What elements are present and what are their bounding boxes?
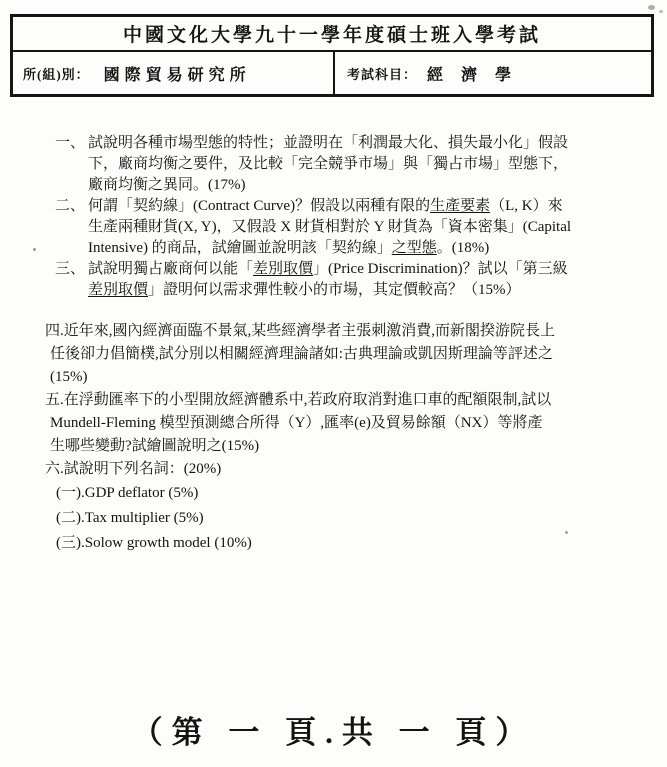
question: 四.近年來,國內經濟面臨不景氣,某些經濟學者主張刺激消費,而新閣揆游院長上任後卻… — [0, 320, 667, 389]
question-line: 生產兩種財貨(X, Y)，又假設 X 財貨相對於 Y 財貨為「資本密集」(Cap… — [88, 217, 667, 238]
question-text-segment: 近年來,國內經濟面臨不景氣,某些經濟學者主張刺激消費,而新閣揆游院長上 — [64, 323, 555, 339]
question-line: 任後卻力倡簡樸,試分別以相關經濟理論諸如:古典理論或凱因斯理論等評述之 — [50, 343, 667, 366]
subject-label: 考試科目： — [347, 64, 417, 83]
question: 二、何謂「契約線」(Contract Curve)？假設以兩種有限的生產要素（L… — [0, 196, 667, 259]
question-text-segment: 差別取價 — [253, 261, 313, 277]
question-text-segment: 生產兩種財貨(X, Y)，又假設 X 財貨相對於 Y 財貨為「資本密集」(Cap… — [88, 219, 571, 235]
question-line: 下，廠商均衡之要件，及比較「完全競爭市場」與「獨占市場」型態下， — [88, 154, 667, 175]
question-line: Intensive) 的商品，試繪圖並說明該「契約線」之型態。(18%) — [88, 238, 667, 259]
question-line: 三、試說明獨占廠商何以能「差別取價」(Price Discrimination)… — [55, 259, 667, 280]
question-line: 廠商均衡之異同。(17%) — [88, 175, 667, 196]
question-sub-item: (二).Tax multiplier (5%) — [56, 506, 667, 531]
question-line: 五.在浮動匯率下的小型開放經濟體系中,若政府取消對進口車的配額限制,試以 — [45, 389, 667, 412]
question-number: 一、 — [55, 135, 85, 151]
question-text-segment: 任後卻力倡簡樸,試分別以相關經濟理論諸如:古典理論或凱因斯理論等評述之 — [50, 346, 553, 362]
question-text-segment: 」(Price Discrimination)？試以「第三級 — [313, 261, 568, 277]
subject-value: 經濟學 — [427, 62, 529, 85]
question-number: 六. — [45, 461, 64, 477]
question-line: 二、何謂「契約線」(Contract Curve)？假設以兩種有限的生產要素（L… — [55, 196, 667, 217]
question: 一、試說明各種市場型態的特性；並證明在「利潤最大化、損失最小化」假設下，廠商均衡… — [0, 133, 667, 196]
question-sub-item: (一).GDP deflator (5%) — [56, 481, 667, 506]
question-text-segment: 。(18%) — [437, 240, 490, 256]
question-number: 二、 — [55, 198, 85, 214]
subject-cell: 考試科目： 經濟學 — [335, 52, 651, 94]
question-text-segment: 之型態 — [392, 240, 437, 256]
question-text-segment: （L, K）來 — [490, 198, 563, 214]
question-text-segment: 生哪些變動?試繪圖說明之(15%) — [50, 438, 259, 454]
department-cell: 所(組)別： 國際貿易研究所 — [13, 52, 335, 94]
question-text-segment: 下，廠商均衡之要件，及比較「完全競爭市場」與「獨占市場」型態下， — [88, 156, 568, 172]
question-line: 生哪些變動?試繪圖說明之(15%) — [50, 435, 667, 458]
question-sub-item: (三).Solow growth model (10%) — [56, 531, 667, 556]
question: 五.在浮動匯率下的小型開放經濟體系中,若政府取消對進口車的配額限制,試以Mund… — [0, 389, 667, 458]
department-value: 國際貿易研究所 — [104, 62, 251, 85]
question-text-segment: Intensive) 的商品，試繪圖並說明該「契約線」 — [88, 240, 392, 256]
question-line: 四.近年來,國內經濟面臨不景氣,某些經濟學者主張刺激消費,而新閣揆游院長上 — [45, 320, 667, 343]
question-number: 四. — [45, 323, 64, 339]
question: 六.試說明下列名詞：(20%)(一).GDP deflator (5%)(二).… — [0, 458, 667, 556]
exam-paper-page: 中國文化大學九十一學年度碩士班入學考試 所(組)別： 國際貿易研究所 考試科目：… — [0, 0, 667, 767]
question-text-segment: 試說明下列名詞：(20%) — [64, 461, 222, 477]
question-text-segment: 何謂「契約線」(Contract Curve)？假設以兩種有限的 — [88, 198, 430, 214]
department-label: 所(組)別： — [23, 64, 90, 83]
question-number: 五. — [45, 392, 64, 408]
question-text-segment: 試說明獨占廠商何以能「 — [88, 261, 253, 277]
exam-info-row: 所(組)別： 國際貿易研究所 考試科目： 經濟學 — [13, 52, 651, 94]
page-number-footer: （第 一 頁.共 一 頁） — [0, 707, 667, 752]
question-line: 六.試說明下列名詞：(20%) — [45, 458, 667, 481]
question-text-segment: (15%) — [50, 369, 88, 385]
exam-title: 中國文化大學九十一學年度碩士班入學考試 — [13, 17, 651, 52]
question-text-segment: 在浮動匯率下的小型開放經濟體系中,若政府取消對進口車的配額限制,試以 — [64, 392, 552, 408]
question: 三、試說明獨占廠商何以能「差別取價」(Price Discrimination)… — [0, 259, 667, 301]
question-line: 差別取價」證明何以需求彈性較小的市場，其定價較高？（15%） — [88, 280, 667, 301]
question-text-segment: Mundell-Fleming 模型預測總合所得（Y）,匯率(e)及貿易餘額（N… — [50, 415, 542, 431]
scan-noise-speck — [648, 5, 655, 10]
question-text-segment: 試說明各種市場型態的特性；並證明在「利潤最大化、損失最小化」假設 — [88, 135, 568, 151]
question-text-segment: 廠商均衡之異同。(17%) — [88, 177, 246, 193]
question-number: 三、 — [55, 261, 85, 277]
question-line: (15%) — [50, 366, 667, 389]
question-text-segment: 生產要素 — [430, 198, 490, 214]
question-list: 一、試說明各種市場型態的特性；並證明在「利潤最大化、損失最小化」假設下，廠商均衡… — [0, 133, 667, 556]
question-line: 一、試說明各種市場型態的特性；並證明在「利潤最大化、損失最小化」假設 — [55, 133, 667, 154]
question-line: Mundell-Fleming 模型預測總合所得（Y）,匯率(e)及貿易餘額（N… — [50, 412, 667, 435]
question-text-segment: 」證明何以需求彈性較小的市場，其定價較高？（15%） — [148, 282, 521, 298]
scan-noise-speck — [659, 10, 663, 13]
question-text-segment: 差別取價 — [88, 282, 148, 298]
exam-header-table: 中國文化大學九十一學年度碩士班入學考試 所(組)別： 國際貿易研究所 考試科目：… — [10, 14, 654, 97]
